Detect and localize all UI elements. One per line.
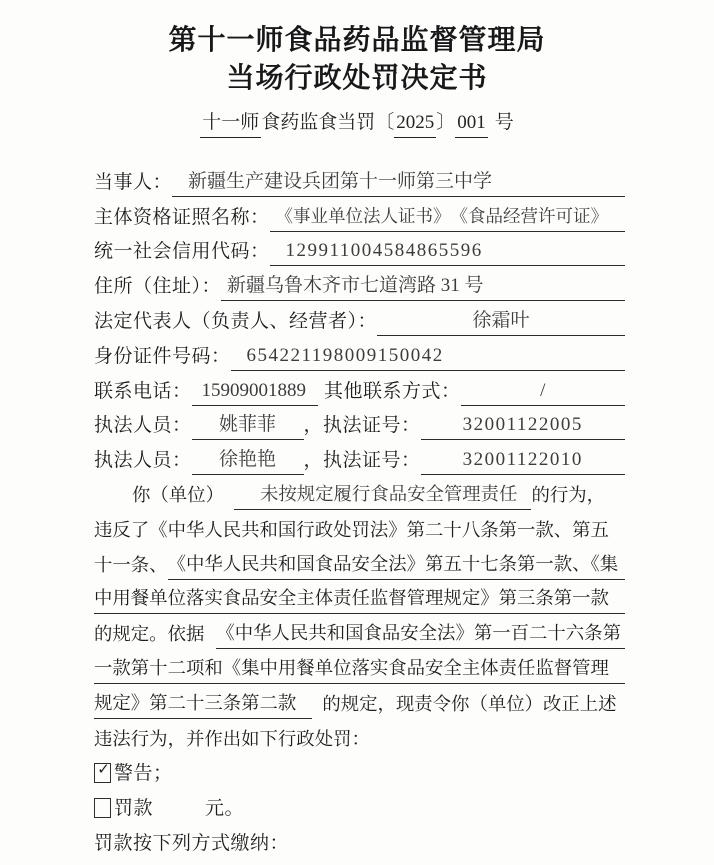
- check-mark-icon: ✓: [97, 762, 110, 777]
- fine-label: 罚款: [114, 793, 153, 823]
- document-title-line2: 当场行政处罚决定书: [0, 62, 714, 96]
- id-number-label: 身份证件号码：: [94, 341, 231, 371]
- paragraph-line-4: 中用餐单位落实食品安全主体责任监督管理规定》第三条第一款: [94, 580, 625, 615]
- other-contact-label: 其他联系方式：: [324, 376, 461, 406]
- paragraph-line-1: 你（单位） 未按规定履行食品安全管理责任 的行为，: [94, 475, 625, 510]
- penalty-warning-row: ✓ 警告；: [94, 754, 625, 789]
- officer2-cert-label: ，执法证号：: [304, 445, 421, 475]
- penalty-fine-row: 罚款 元。: [94, 788, 625, 823]
- credit-code-label: 统一社会信用代码：: [94, 236, 270, 266]
- violation-description: 未按规定履行食品安全管理责任: [234, 480, 531, 510]
- paragraph-line-2: 违反了《中华人民共和国行政处罚法》第二十八条第一款、第五: [94, 510, 625, 545]
- doc-number-division: 十一师: [200, 110, 261, 138]
- penalty-intro-text: 违法行为，并作出如下行政处罚：: [94, 725, 370, 754]
- paragraph-line-8: 违法行为，并作出如下行政处罚：: [94, 719, 625, 754]
- field-row-credit-code: 统一社会信用代码： 129911004584865596: [94, 232, 625, 267]
- credit-code-value: 129911004584865596: [270, 240, 625, 266]
- legal-rep-value: 徐霜叶: [377, 305, 625, 336]
- paragraph-line-3: 十一条、 《中华人民共和国食品安全法》第五十七条第一款、《集: [94, 545, 625, 580]
- document-number: 十一师食药监食当罚〔2025〕001号: [0, 110, 714, 138]
- officer2-label: 执法人员：: [94, 445, 192, 475]
- officer1-cert-label: ，执法证号：: [304, 410, 421, 440]
- penalty-decision-document: 第十一师食品药品监督管理局 当场行政处罚决定书 十一师食药监食当罚〔2025〕0…: [0, 0, 714, 865]
- legal-rep-label: 法定代表人（负责人、经营者）：: [94, 306, 377, 336]
- field-row-officer-2: 执法人员： 徐艳艳 ，执法证号： 32001122010: [94, 440, 625, 475]
- paragraph-line-7: 规定》第二十三条第二款 的规定，现责令你（单位）改正上述: [94, 684, 625, 719]
- officer1-name: 姚菲菲: [192, 409, 304, 440]
- party-value: 新疆生产建设兵团第十一师第三中学: [172, 166, 625, 197]
- paragraph-indent: [94, 507, 132, 510]
- phone-label: 联系电话：: [94, 376, 192, 406]
- phone-value: 15909001889: [192, 380, 319, 406]
- field-row-legal-rep: 法定代表人（负责人、经营者）： 徐霜叶: [94, 301, 625, 336]
- field-row-phone: 联系电话： 15909001889 其他联系方式： /: [94, 371, 625, 406]
- doc-number-body: 食药监食当罚〔: [261, 110, 394, 136]
- address-label: 住所（住址）：: [94, 271, 221, 301]
- legal-basis-underlined-1: 《中华人民共和国食品安全法》第五十七条第一款、《集: [168, 550, 625, 580]
- doc-number-year: 2025: [394, 110, 436, 138]
- document-body: 当事人： 新疆生产建设兵团第十一师第三中学 主体资格证照名称： 《事业单位法人证…: [94, 162, 625, 858]
- decision-basis-underlined-3: 规定》第二十三条第二款: [94, 689, 312, 719]
- violation-tail-text: 的行为，: [531, 481, 605, 510]
- field-row-license: 主体资格证照名称： 《事业单位法人证书》 《食品经营许可证》: [94, 197, 625, 232]
- field-row-party: 当事人： 新疆生产建设兵团第十一师第三中学: [94, 162, 625, 197]
- legal-basis-text-1: 违反了《中华人民共和国行政处罚法》第二十八条第一款、第五: [94, 516, 609, 545]
- license-label: 主体资格证照名称：: [94, 202, 270, 232]
- doc-number-suffix: 号: [495, 110, 514, 136]
- warning-label: 警告；: [114, 758, 173, 788]
- fine-unit-label: 元。: [205, 793, 244, 823]
- decision-basis-lead: 的规定。依据: [94, 620, 204, 649]
- fine-amount-blank: [153, 820, 205, 823]
- decision-basis-underlined-1: 《中华人民共和国食品安全法》第一百二十六条第: [216, 619, 625, 649]
- field-row-address: 住所（住址）： 新疆乌鲁木齐市七道湾路 31 号: [94, 266, 625, 301]
- payment-intro-text: 罚款按下列方式缴纳：: [94, 828, 289, 858]
- other-contact-value: /: [461, 380, 625, 406]
- field-row-id-number: 身份证件号码： 654221198009150042: [94, 336, 625, 371]
- warning-checkbox[interactable]: ✓: [94, 763, 111, 783]
- officer2-name: 徐艳艳: [192, 444, 304, 475]
- document-title-line1: 第十一师食品药品监督管理局: [0, 0, 714, 58]
- license-value: 《事业单位法人证书》 《食品经营许可证》: [270, 203, 625, 232]
- officer2-cert-number: 32001122010: [421, 449, 625, 475]
- fine-checkbox[interactable]: [94, 798, 111, 818]
- field-row-officer-1: 执法人员： 姚菲菲 ，执法证号： 32001122005: [94, 406, 625, 441]
- legal-basis-text-2: 十一条、: [94, 551, 168, 580]
- officer1-label: 执法人员：: [94, 410, 192, 440]
- officer1-cert-number: 32001122005: [421, 414, 625, 440]
- party-label: 当事人：: [94, 167, 172, 197]
- decision-basis-underlined-2: 一款第十二项和《集中用餐单位落实食品安全主体责任监督管理: [94, 654, 625, 684]
- paragraph-line-5: 的规定。依据 《中华人民共和国食品安全法》第一百二十六条第: [94, 614, 625, 649]
- doc-number-bracket: 〕: [436, 110, 455, 136]
- id-number-value: 654221198009150042: [231, 345, 625, 371]
- order-correction-text: 的规定，现责令你（单位）改正上述: [322, 690, 616, 719]
- address-value: 新疆乌鲁木齐市七道湾路 31 号: [221, 270, 625, 301]
- doc-number-serial: 001: [455, 110, 488, 138]
- paragraph-line-6: 一款第十二项和《集中用餐单位落实食品安全主体责任监督管理: [94, 649, 625, 684]
- payment-intro-row: 罚款按下列方式缴纳：: [94, 823, 625, 858]
- legal-basis-underlined-2: 中用餐单位落实食品安全主体责任监督管理规定》第三条第一款: [94, 584, 625, 614]
- violation-lead-text: 你（单位）: [132, 481, 224, 510]
